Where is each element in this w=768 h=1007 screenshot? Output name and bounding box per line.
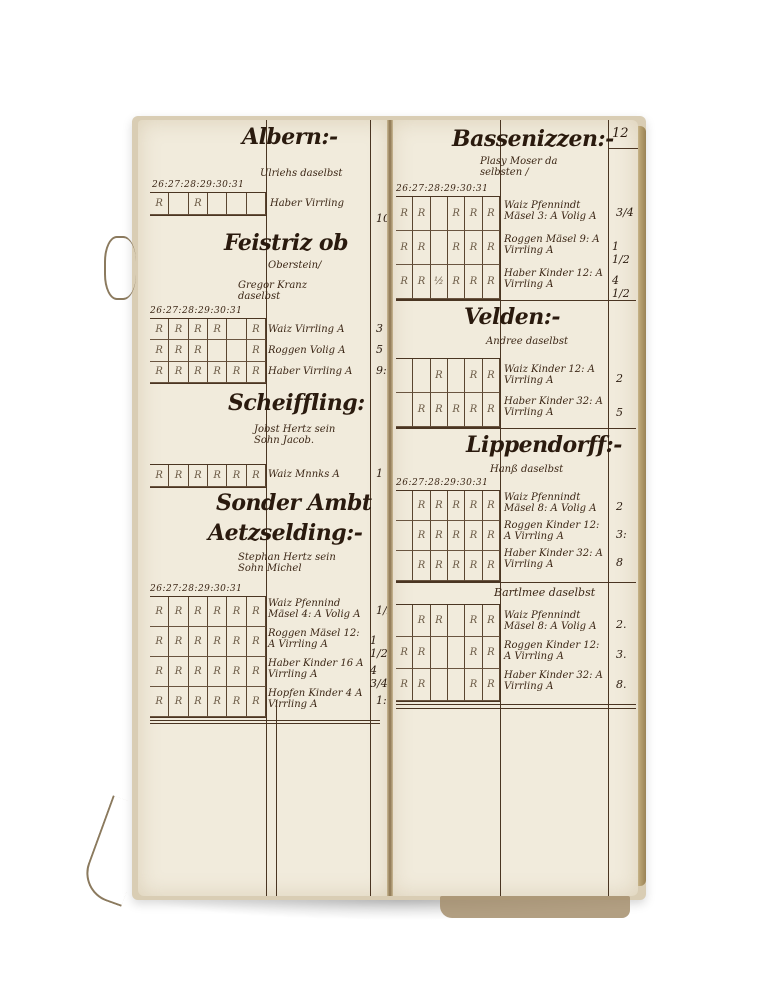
grid-cell: R: [208, 319, 227, 340]
grid-cell: R: [208, 465, 227, 487]
column-rule: [608, 120, 609, 896]
tally-grid: RR: [150, 192, 266, 216]
grid-cell: R: [150, 340, 169, 361]
person-name-text: Plasy Moser da selbsten /: [480, 156, 580, 178]
grid-cell: R: [483, 491, 500, 521]
grid-cell: R: [169, 627, 188, 657]
book-gutter: [387, 120, 393, 896]
grid-cell: [208, 340, 227, 361]
grid-cell: R: [448, 491, 465, 521]
grid-cell: R: [189, 465, 208, 487]
grid-cell: R: [483, 605, 500, 637]
entry-item: Waiz Mnnks A: [268, 469, 340, 480]
grid-cell: R: [465, 551, 482, 581]
entry-amount: 5: [376, 343, 383, 356]
grid-cell: R: [150, 465, 169, 487]
ledger-entry: Roggen Mäsel 12: A Virrling A: [268, 628, 368, 650]
ledger-entry: Hopfen Kinder 4 A Virrling A: [268, 688, 368, 710]
grid-cell: R: [431, 491, 448, 521]
grid-cell: R: [448, 197, 465, 231]
grid-cell: R: [431, 359, 448, 393]
grid-cell: R: [413, 393, 430, 427]
grid-cell: R: [465, 265, 482, 299]
grid-cell: R: [227, 627, 246, 657]
section-subheading: Oberstein/: [268, 260, 321, 271]
page-number: 12: [612, 126, 629, 141]
grid-cell: [396, 605, 413, 637]
entry-item: Roggen Volig A: [268, 345, 345, 356]
entry-item: Waiz Pfennindt Mäsel 8: A Volig A: [504, 610, 604, 632]
grid-cell: R: [483, 393, 500, 427]
grid-cell: R: [169, 362, 188, 383]
tally-grid: RRRRRR: [150, 464, 266, 488]
ledger-entry: Roggen Kinder 12: A Virrling A: [504, 640, 604, 662]
person-name-text: Stephan Hertz sein Sohn Michel: [238, 552, 358, 574]
section-heading: Albern:-: [242, 124, 338, 150]
grid-cell: R: [431, 605, 448, 637]
grid-cell: R: [413, 197, 430, 231]
person-name-text: Gregor Kranz daselbst: [238, 280, 338, 302]
grid-cell: R: [396, 669, 413, 701]
grid-cell: R: [150, 362, 169, 383]
tally-grid: RRRRR RRRR RRRRRR: [150, 318, 266, 384]
section-heading: Lippendorff:-: [466, 432, 622, 458]
section-heading: Velden:-: [464, 304, 560, 330]
grid-cell: R: [169, 687, 188, 717]
entry-item: Waiz Kinder 12: A Virrling A: [504, 364, 604, 386]
grid-cell: R: [247, 362, 266, 383]
tally-grid: RRR RRRRR: [396, 358, 500, 428]
grid-cell: R: [413, 669, 430, 701]
person-name: Jobst Hertz sein Sohn Jacob.: [254, 424, 364, 446]
grid-cell: R: [189, 362, 208, 383]
grid-cell: R: [431, 551, 448, 581]
grid-cell: [396, 359, 413, 393]
grid-cell: R: [169, 340, 188, 361]
grid-cell: R: [413, 605, 430, 637]
entry-amount: 2.: [616, 618, 627, 631]
grid-cell: [396, 551, 413, 581]
grid-cell: R: [247, 627, 266, 657]
grid-cell: R: [431, 393, 448, 427]
grid-cell: R: [483, 197, 500, 231]
ledger-entry: Waiz Kinder 12: A Virrling A: [504, 364, 604, 386]
grid-cell: R: [483, 669, 500, 701]
entry-item: Waiz Pfennindt Mäsel 3: A Volig A: [504, 200, 604, 222]
ledger-entry: Waiz Pfennind Mäsel 4: A Volig A: [268, 598, 368, 620]
grid-cell: R: [150, 319, 169, 340]
section-heading: Sonder Ambt: [216, 490, 372, 516]
entry-amount: 3/4: [616, 206, 634, 219]
ledger-entry: Haber Kinder 32: A Virrling A: [504, 670, 604, 692]
entry-item: Roggen Kinder 12: A Virrling A: [504, 520, 604, 542]
torn-page-fragment: [440, 896, 630, 918]
grid-cell: R: [189, 340, 208, 361]
grid-cell: [413, 359, 430, 393]
entry-item: Waiz Pfennind Mäsel 4: A Volig A: [268, 598, 368, 620]
ledger-entry: Waiz Pfennindt Mäsel 3: A Volig A: [504, 200, 604, 222]
grid-cell: R: [189, 597, 208, 627]
grid-cell: [396, 521, 413, 551]
ledger-entry: Haber Kinder 12: A Virrling A: [504, 268, 604, 290]
grid-cell: R: [448, 551, 465, 581]
grid-cell: R: [413, 265, 430, 299]
grid-cell: R: [227, 362, 246, 383]
entry-amount: 8: [616, 556, 623, 569]
grid-cell: R: [247, 687, 266, 717]
day-header: 26:27:28:29:30:31: [396, 478, 488, 488]
day-header: 26:27:28:29:30:31: [150, 584, 242, 594]
grid-cell: [431, 637, 448, 669]
grid-cell: R: [465, 231, 482, 265]
entry-item: Roggen Kinder 12: A Virrling A: [504, 640, 604, 662]
person-name: Andree daselbst: [486, 336, 568, 347]
grid-cell: R: [169, 465, 188, 487]
grid-cell: R: [227, 687, 246, 717]
day-header: 26:27:28:29:30:31: [150, 306, 242, 316]
section-subheading: Aetzselding:-: [208, 520, 362, 546]
person-name: Plasy Moser da selbsten /: [480, 156, 580, 178]
entry-amount: 2: [616, 500, 623, 513]
section-heading: Scheiffling:: [228, 390, 365, 416]
grid-cell: R: [465, 521, 482, 551]
entry-item: Haber Virrling: [270, 198, 344, 209]
column-rule: [276, 700, 277, 896]
entry-amount: 5: [616, 406, 623, 419]
grid-cell: R: [208, 687, 227, 717]
person-name: Gregor Kranz daselbst: [238, 280, 338, 302]
left-page: Albern:- Ulriehs daselbst 26:27:28:29:30…: [138, 120, 390, 896]
grid-cell: [227, 340, 246, 361]
double-rule: [150, 723, 380, 724]
grid-cell: [227, 319, 246, 340]
grid-cell: [431, 231, 448, 265]
grid-cell: R: [396, 265, 413, 299]
grid-cell: R: [483, 521, 500, 551]
grid-cell: [396, 491, 413, 521]
grid-cell: R: [483, 231, 500, 265]
entry-item: Haber Kinder 32: A Virrling A: [504, 670, 604, 692]
ledger-entry: Haber Kinder 16 A Virrling A: [268, 658, 368, 680]
grid-cell: [396, 393, 413, 427]
person-name: Bartlmee daselbst: [494, 586, 595, 599]
entry-amount: 3:: [616, 528, 627, 541]
grid-cell: [448, 637, 465, 669]
grid-cell: R: [247, 340, 266, 361]
grid-cell: R: [465, 605, 482, 637]
grid-cell: R: [413, 521, 430, 551]
grid-cell: [448, 669, 465, 701]
grid-cell: [431, 197, 448, 231]
grid-cell: R: [396, 197, 413, 231]
grid-cell: R: [465, 491, 482, 521]
entry-amount: 3.: [616, 648, 627, 661]
grid-cell: R: [465, 197, 482, 231]
grid-cell: R: [465, 393, 482, 427]
entry-item: Roggen Mäsel 12: A Virrling A: [268, 628, 368, 650]
grid-cell: R: [396, 231, 413, 265]
entry-item: Waiz Pfennindt Mäsel 8: A Volig A: [504, 492, 604, 514]
entry-amount: 1:: [376, 694, 387, 707]
grid-cell: R: [208, 657, 227, 687]
grid-cell: R: [169, 319, 188, 340]
person-name: Hanß daselbst: [490, 464, 563, 475]
grid-cell: R: [189, 319, 208, 340]
binding-string: [104, 236, 136, 300]
entry-amount: 1 1/2: [612, 240, 638, 266]
grid-cell: R: [483, 551, 500, 581]
grid-cell: ½: [431, 265, 448, 299]
section-heading: Feistriz ob: [224, 230, 348, 256]
rule: [396, 582, 636, 583]
person-name-text: Jobst Hertz sein Sohn Jacob.: [254, 424, 364, 446]
grid-cell: [208, 193, 227, 215]
grid-cell: R: [465, 669, 482, 701]
grid-cell: R: [465, 359, 482, 393]
grid-cell: R: [483, 637, 500, 669]
grid-cell: R: [413, 231, 430, 265]
entry-amount: 9:: [376, 364, 387, 377]
grid-cell: R: [483, 265, 500, 299]
column-rule: [500, 120, 501, 896]
tally-grid: RRRR RRRR RRRR: [396, 604, 500, 702]
grid-cell: R: [150, 657, 169, 687]
entry-amount: 1: [376, 467, 383, 480]
grid-cell: R: [169, 657, 188, 687]
tally-grid: RRRRR RRRRR RR½RRR: [396, 196, 500, 300]
double-rule: [150, 720, 380, 721]
grid-cell: [227, 193, 246, 215]
rule: [396, 704, 636, 705]
grid-cell: R: [413, 491, 430, 521]
grid-cell: [169, 193, 188, 215]
grid-cell: R: [169, 597, 188, 627]
ledger-entry: Roggen Mäsel 9: A Virrling A: [504, 234, 604, 256]
entry-amount: 8.: [616, 678, 627, 691]
grid-cell: R: [150, 193, 169, 215]
rule: [396, 300, 636, 301]
entry-item: Haber Kinder 12: A Virrling A: [504, 268, 604, 290]
ledger-entry: Roggen Kinder 12: A Virrling A: [504, 520, 604, 542]
grid-cell: R: [150, 627, 169, 657]
day-header: 26:27:28:29:30:31: [396, 184, 488, 194]
grid-cell: R: [150, 687, 169, 717]
grid-cell: [448, 359, 465, 393]
grid-cell: R: [227, 657, 246, 687]
grid-cell: R: [448, 265, 465, 299]
grid-cell: R: [465, 637, 482, 669]
grid-cell: R: [189, 193, 208, 215]
grid-cell: R: [413, 551, 430, 581]
grid-cell: R: [208, 627, 227, 657]
entry-item: Hopfen Kinder 4 A Virrling A: [268, 688, 368, 710]
grid-cell: R: [150, 597, 169, 627]
ledger-entry: Haber Kinder 32: A Virrling A: [504, 396, 604, 418]
grid-cell: R: [413, 637, 430, 669]
grid-cell: [431, 669, 448, 701]
rule: [396, 428, 636, 429]
grid-cell: R: [247, 597, 266, 627]
entry-amount: 2: [616, 372, 623, 385]
grid-cell: R: [227, 465, 246, 487]
grid-cell: [247, 193, 266, 215]
grid-cell: R: [189, 687, 208, 717]
person-name: Ulriehs daselbst: [260, 168, 342, 179]
grid-cell: R: [227, 597, 246, 627]
ledger-entry: Waiz Pfennindt Mäsel 8: A Volig A: [504, 492, 604, 514]
grid-cell: [448, 605, 465, 637]
grid-cell: R: [396, 637, 413, 669]
grid-cell: R: [247, 319, 266, 340]
grid-cell: R: [208, 362, 227, 383]
entry-item: Waiz Virrling A: [268, 324, 344, 335]
grid-cell: R: [247, 465, 266, 487]
ledger-book: Albern:- Ulriehs daselbst 26:27:28:29:30…: [132, 116, 646, 900]
grid-cell: R: [189, 627, 208, 657]
entry-amount: 3: [376, 322, 383, 335]
person-name: Stephan Hertz sein Sohn Michel: [238, 552, 358, 574]
ledger-entry: Haber Kinder 32: A Virrling A: [504, 548, 604, 570]
grid-cell: R: [448, 231, 465, 265]
entry-item: Haber Virrling A: [268, 366, 352, 377]
grid-cell: R: [448, 521, 465, 551]
ledger-entry: Waiz Pfennindt Mäsel 8: A Volig A: [504, 610, 604, 632]
day-header: 26:27:28:29:30:31: [152, 180, 244, 190]
section-heading: Bassenizzen:-: [452, 126, 614, 152]
entry-item: Haber Kinder 16 A Virrling A: [268, 658, 368, 680]
entry-item: Haber Kinder 32: A Virrling A: [504, 548, 604, 570]
entry-amount: 4 1/2: [612, 274, 638, 300]
grid-cell: R: [189, 657, 208, 687]
right-page: 12 Bassenizzen:- Plasy Moser da selbsten…: [390, 120, 638, 896]
grid-cell: R: [208, 597, 227, 627]
grid-cell: R: [247, 657, 266, 687]
entry-item: Haber Kinder 32: A Virrling A: [504, 396, 604, 418]
grid-cell: R: [448, 393, 465, 427]
tally-grid: RRRRR RRRRR RRRRR: [396, 490, 500, 582]
tally-grid: RRRRRR RRRRRR RRRRRR RRRRRR: [150, 596, 266, 718]
entry-item: Roggen Mäsel 9: A Virrling A: [504, 234, 604, 256]
grid-cell: R: [431, 521, 448, 551]
grid-cell: R: [483, 359, 500, 393]
rule: [396, 708, 636, 709]
